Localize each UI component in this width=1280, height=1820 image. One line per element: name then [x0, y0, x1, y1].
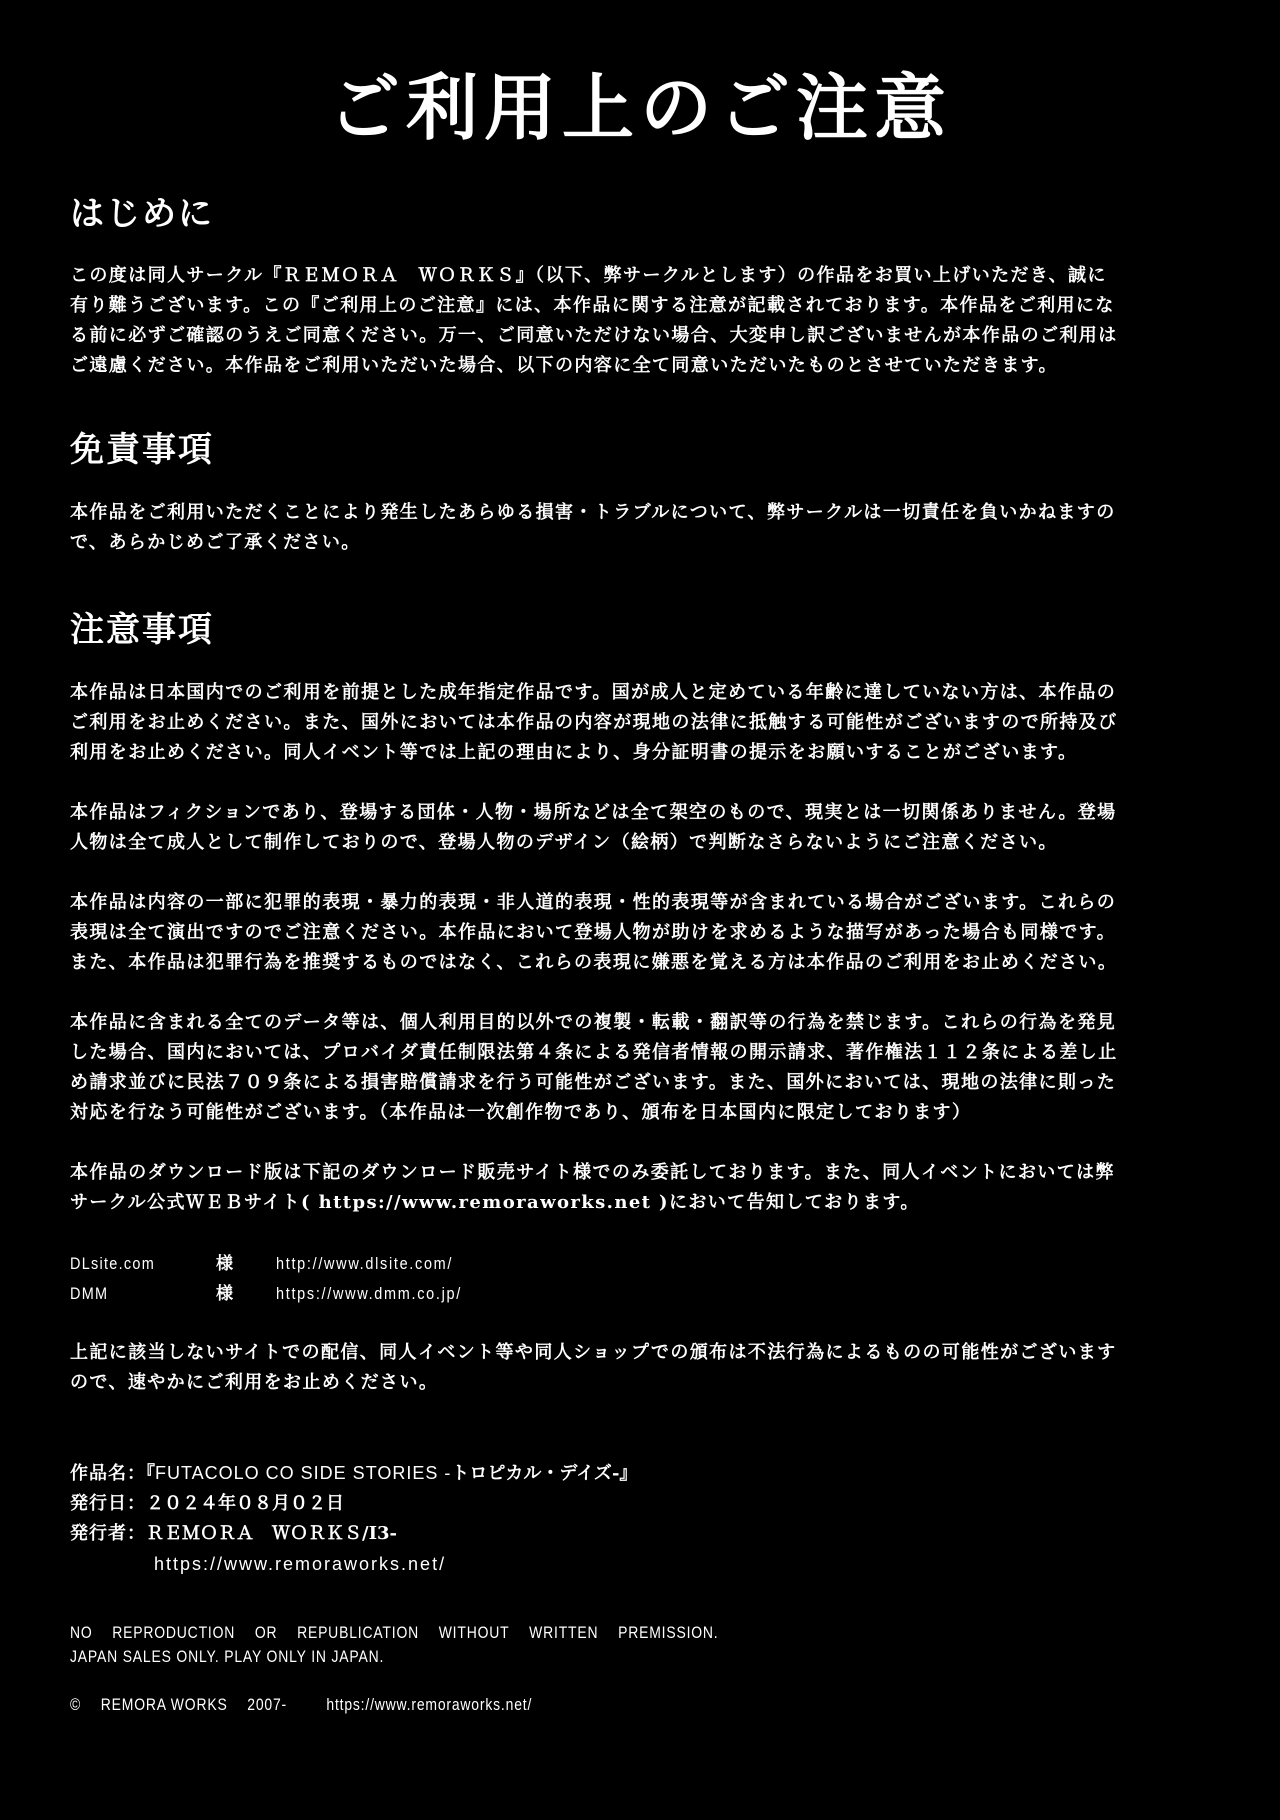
colophon-title-latin: FUTACOLO CO SIDE STORIES -	[155, 1463, 451, 1483]
site-row-dlsite: DLsite.com 様 http://www.dlsite.com/	[70, 1249, 484, 1279]
legal-notice-line2: JAPAN SALES ONLY. PLAY ONLY IN JAPAN.	[70, 1645, 384, 1669]
intro-paragraph: この度は同人サークル『ＲＥＭＯＲＡ ＷＯＲＫＳ』（以下、弊サークルとします）の作…	[70, 261, 1212, 381]
text-line: 本作品のダウンロード版は下記のダウンロード販売サイト様でのみ委託しております。ま…	[70, 1158, 1212, 1188]
disclaimer-paragraph: 本作品をご利用いただくことにより発生したあらゆる損害・トラブルについて、弊サーク…	[70, 498, 1212, 558]
legal-word: WRITTEN	[529, 1623, 598, 1642]
copyright-icon: ©	[70, 1695, 81, 1714]
legal-word: NO	[70, 1623, 93, 1642]
colophon-title-row: 作品名：『FUTACOLO CO SIDE STORIES -トロピカル・デイズ…	[70, 1458, 637, 1489]
text-line: 対応を行なう可能性がございます。（本作品は一次創作物であり、頒布を日本国内に限定…	[70, 1098, 1212, 1128]
notes-paragraph-copyright: 本作品に含まれる全てのデータ等は、個人利用目的以外での複製・転載・翻訳等の行為を…	[70, 1008, 1212, 1128]
text-line: ので、速やかにご利用をお止めください。	[70, 1368, 1212, 1398]
colophon-title-jp: トロピカル・デイズ	[451, 1463, 612, 1484]
text-line: る前に必ずご確認のうえご同意ください。万一、ご同意いただけない場合、大変申し訳ご…	[70, 321, 1212, 351]
text-line: ご遠慮ください。本作品をご利用いただいた場合、以下の内容に全て同意いただいたもの…	[70, 351, 1212, 381]
colophon-publisher-value: ＲＥＭＯＲＡ ＷＯＲＫＳ/I3-	[146, 1523, 397, 1544]
text-line: サークル公式ＷＥＢサイト( https://www.remoraworks.ne…	[70, 1188, 1212, 1218]
site-url[interactable]: http://www.dlsite.com/	[276, 1249, 453, 1279]
colophon-title-close: -』	[612, 1463, 637, 1484]
text-line: また、本作品は犯罪行為を推奨するものではなく、これらの表現に嫌悪を覚える方は本作…	[70, 948, 1212, 978]
colophon-date-value: ２０２４年０８月０２日	[146, 1493, 344, 1514]
legal-word: OR	[255, 1623, 278, 1642]
colophon: 作品名：『FUTACOLO CO SIDE STORIES -トロピカル・デイズ…	[70, 1458, 637, 1579]
section-heading-intro: はじめに	[70, 194, 214, 234]
notes-paragraph-closing: 上記に該当しないサイトでの配信、同人イベント等や同人ショップでの頒布は不法行為に…	[70, 1338, 1212, 1398]
site-honorific: 様	[216, 1279, 276, 1309]
text-line: ご利用をお止めください。また、国外においては本作品の内容が現地の法律に抵触する可…	[70, 708, 1212, 738]
colophon-publisher-row: 発行者：ＲＥＭＯＲＡ ＷＯＲＫＳ/I3-	[70, 1519, 637, 1549]
colophon-publisher-url[interactable]: https://www.remoraworks.net/	[70, 1549, 637, 1579]
notes-paragraph-fiction: 本作品はフィクションであり、登場する団体・人物・場所などは全て架空のもので、現実…	[70, 798, 1212, 858]
site-honorific: 様	[216, 1249, 276, 1279]
copyright-line: ©REMORA WORKS2007-https://www.remorawork…	[70, 1693, 532, 1717]
copyright-year: 2007-	[247, 1695, 287, 1714]
section-heading-disclaimer: 免責事項	[70, 430, 214, 470]
text-line: 本作品はフィクションであり、登場する団体・人物・場所などは全て架空のもので、現実…	[70, 798, 1212, 828]
text-line: した場合、国内においては、プロバイダ責任制限法第４条による発信者情報の開示請求、…	[70, 1038, 1212, 1068]
legal-word: REPUBLICATION	[297, 1623, 419, 1642]
page-title: ご利用上のご注意	[0, 68, 1280, 148]
text-line: 上記に該当しないサイトでの配信、同人イベント等や同人ショップでの頒布は不法行為に…	[70, 1338, 1212, 1368]
text-line: 本作品をご利用いただくことにより発生したあらゆる損害・トラブルについて、弊サーク…	[70, 498, 1212, 528]
copyright-holder: REMORA WORKS	[101, 1695, 228, 1714]
text-line: 本作品は内容の一部に犯罪的表現・暴力的表現・非人道的表現・性的表現等が含まれてい…	[70, 888, 1212, 918]
text-line: で、あらかじめご了承ください。	[70, 528, 1212, 558]
colophon-date-label: 発行日：	[70, 1493, 146, 1514]
section-heading-notes: 注意事項	[70, 610, 214, 650]
legal-notice-line1: NOREPRODUCTIONORREPUBLICATIONWITHOUTWRIT…	[70, 1621, 719, 1645]
site-url[interactable]: https://www.dmm.co.jp/	[276, 1279, 462, 1309]
text-line: 人物は全て成人として制作しておりので、登場人物のデザイン（絵柄）で判断なさらない…	[70, 828, 1212, 858]
legal-word: WITHOUT	[439, 1623, 510, 1642]
text-line: 利用をお止めください。同人イベント等では上記の理由により、身分証明書の提示をお願…	[70, 738, 1212, 768]
text-line: 本作品に含まれる全てのデータ等は、個人利用目的以外での複製・転載・翻訳等の行為を…	[70, 1008, 1212, 1038]
notes-paragraph-distribution: 本作品のダウンロード版は下記のダウンロード販売サイト様でのみ委託しております。ま…	[70, 1158, 1212, 1218]
colophon-title-open: 『	[146, 1463, 155, 1484]
colophon-title-label: 作品名：	[70, 1463, 146, 1484]
legal-word: REPRODUCTION	[112, 1623, 235, 1642]
text-line: 有り難うございます。この『ご利用上のご注意』には、本作品に関する注意が記載されて…	[70, 291, 1212, 321]
legal-word: PREMISSION.	[618, 1623, 718, 1642]
colophon-publisher-label: 発行者：	[70, 1523, 146, 1544]
notes-paragraph-content: 本作品は内容の一部に犯罪的表現・暴力的表現・非人道的表現・性的表現等が含まれてい…	[70, 888, 1212, 978]
site-name: DLsite.com	[70, 1249, 194, 1279]
text-line: 表現は全て演出ですのでご注意ください。本作品において登場人物が助けを求めるような…	[70, 918, 1212, 948]
text-line: め請求並びに民法７０９条による損害賠償請求を行う可能性がございます。また、国外に…	[70, 1068, 1212, 1098]
site-row-dmm: DMM 様 https://www.dmm.co.jp/	[70, 1279, 495, 1309]
notes-paragraph-age: 本作品は日本国内でのご利用を前提とした成年指定作品です。国が成人と定めている年齢…	[70, 678, 1212, 768]
text-line: 本作品は日本国内でのご利用を前提とした成年指定作品です。国が成人と定めている年齢…	[70, 678, 1212, 708]
site-name: DMM	[70, 1279, 194, 1309]
copyright-url[interactable]: https://www.remoraworks.net/	[326, 1695, 532, 1714]
colophon-date-row: 発行日：２０２４年０８月０２日	[70, 1489, 637, 1519]
text-line: この度は同人サークル『ＲＥＭＯＲＡ ＷＯＲＫＳ』（以下、弊サークルとします）の作…	[70, 261, 1212, 291]
